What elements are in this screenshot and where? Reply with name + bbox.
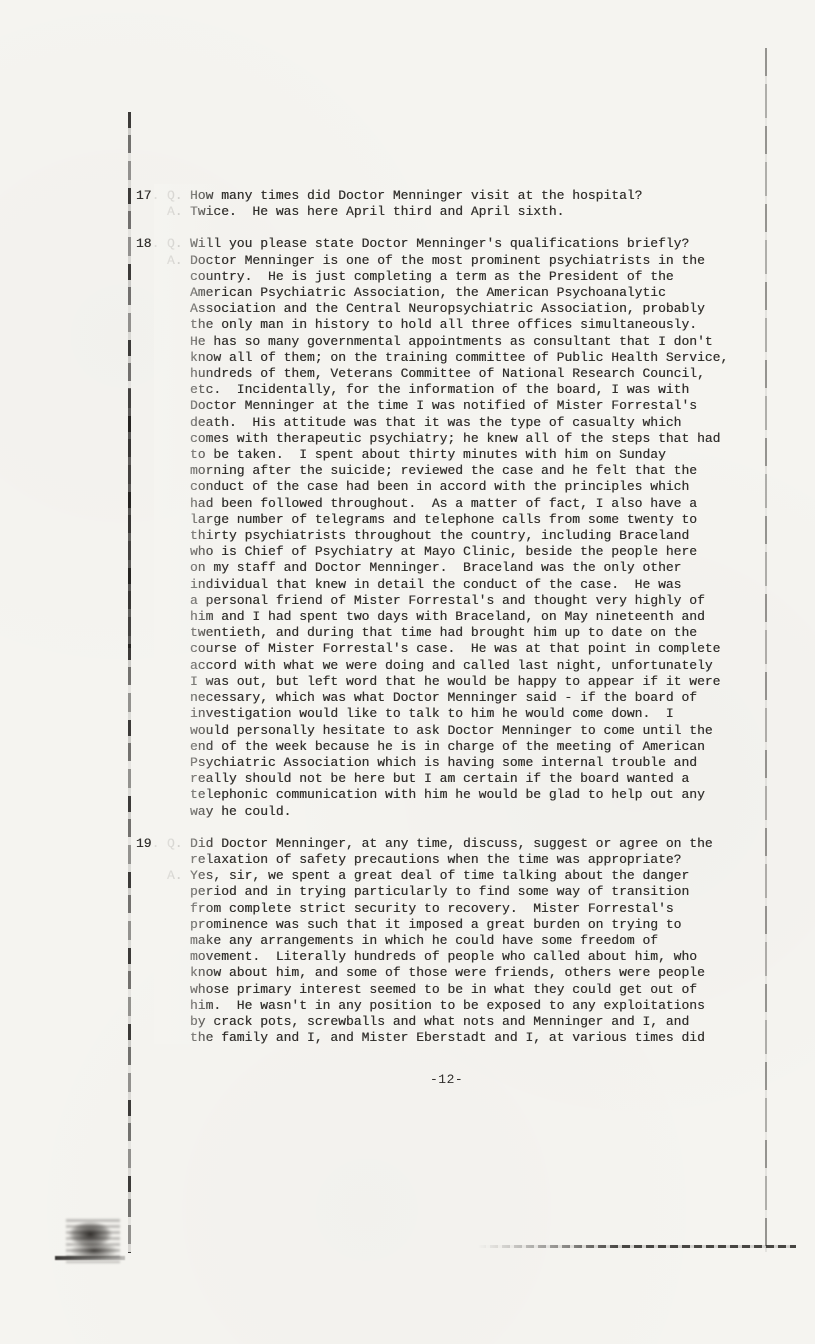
transcript-body: 17. Q. How many times did Doctor Menning… <box>136 188 772 1046</box>
question-marker: Q. <box>167 836 190 852</box>
qa-item-18: 18. Q. Will you please state Doctor Menn… <box>136 236 772 819</box>
left-page-edge-line-dark-segment <box>128 388 131 648</box>
qa-item-19: 19. Q. Did Doctor Menninger, at any time… <box>136 836 772 1047</box>
answer-marker: A. <box>167 204 190 220</box>
question-row: 18. Q. Will you please state Doctor Menn… <box>136 236 772 252</box>
question-marker: Q. <box>167 236 190 252</box>
left-page-edge-line <box>128 112 131 1253</box>
item-number: 17. <box>136 188 167 204</box>
item-number: 18. <box>136 236 167 252</box>
answer-row: . A. Yes, sir, we spent a great deal of … <box>136 868 772 1046</box>
answer-text: Twice. He was here April third and April… <box>190 204 772 220</box>
question-text: Will you please state Doctor Menninger's… <box>190 236 772 252</box>
question-text: Did Doctor Menninger, at any time, discu… <box>190 836 772 868</box>
document-page: 17. Q. How many times did Doctor Menning… <box>0 0 815 1344</box>
answer-marker: A. <box>167 253 190 269</box>
answer-marker: A. <box>167 868 190 884</box>
question-text: How many times did Doctor Menninger visi… <box>190 188 772 204</box>
ink-smudge-streak <box>55 1256 125 1260</box>
item-number: 19. <box>136 836 167 852</box>
page-number: -12- <box>430 1072 463 1088</box>
question-row: 17. Q. How many times did Doctor Menning… <box>136 188 772 204</box>
question-row: 19. Q. Did Doctor Menninger, at any time… <box>136 836 772 868</box>
answer-text: Doctor Menninger is one of the most prom… <box>190 253 772 820</box>
qa-item-17: 17. Q. How many times did Doctor Menning… <box>136 188 772 220</box>
question-marker: Q. <box>167 188 190 204</box>
answer-text: Yes, sir, we spent a great deal of time … <box>190 868 772 1046</box>
answer-row: . A. Doctor Menninger is one of the most… <box>136 253 772 820</box>
answer-row: . A. Twice. He was here April third and … <box>136 204 772 220</box>
bottom-page-edge-line <box>478 1245 796 1248</box>
